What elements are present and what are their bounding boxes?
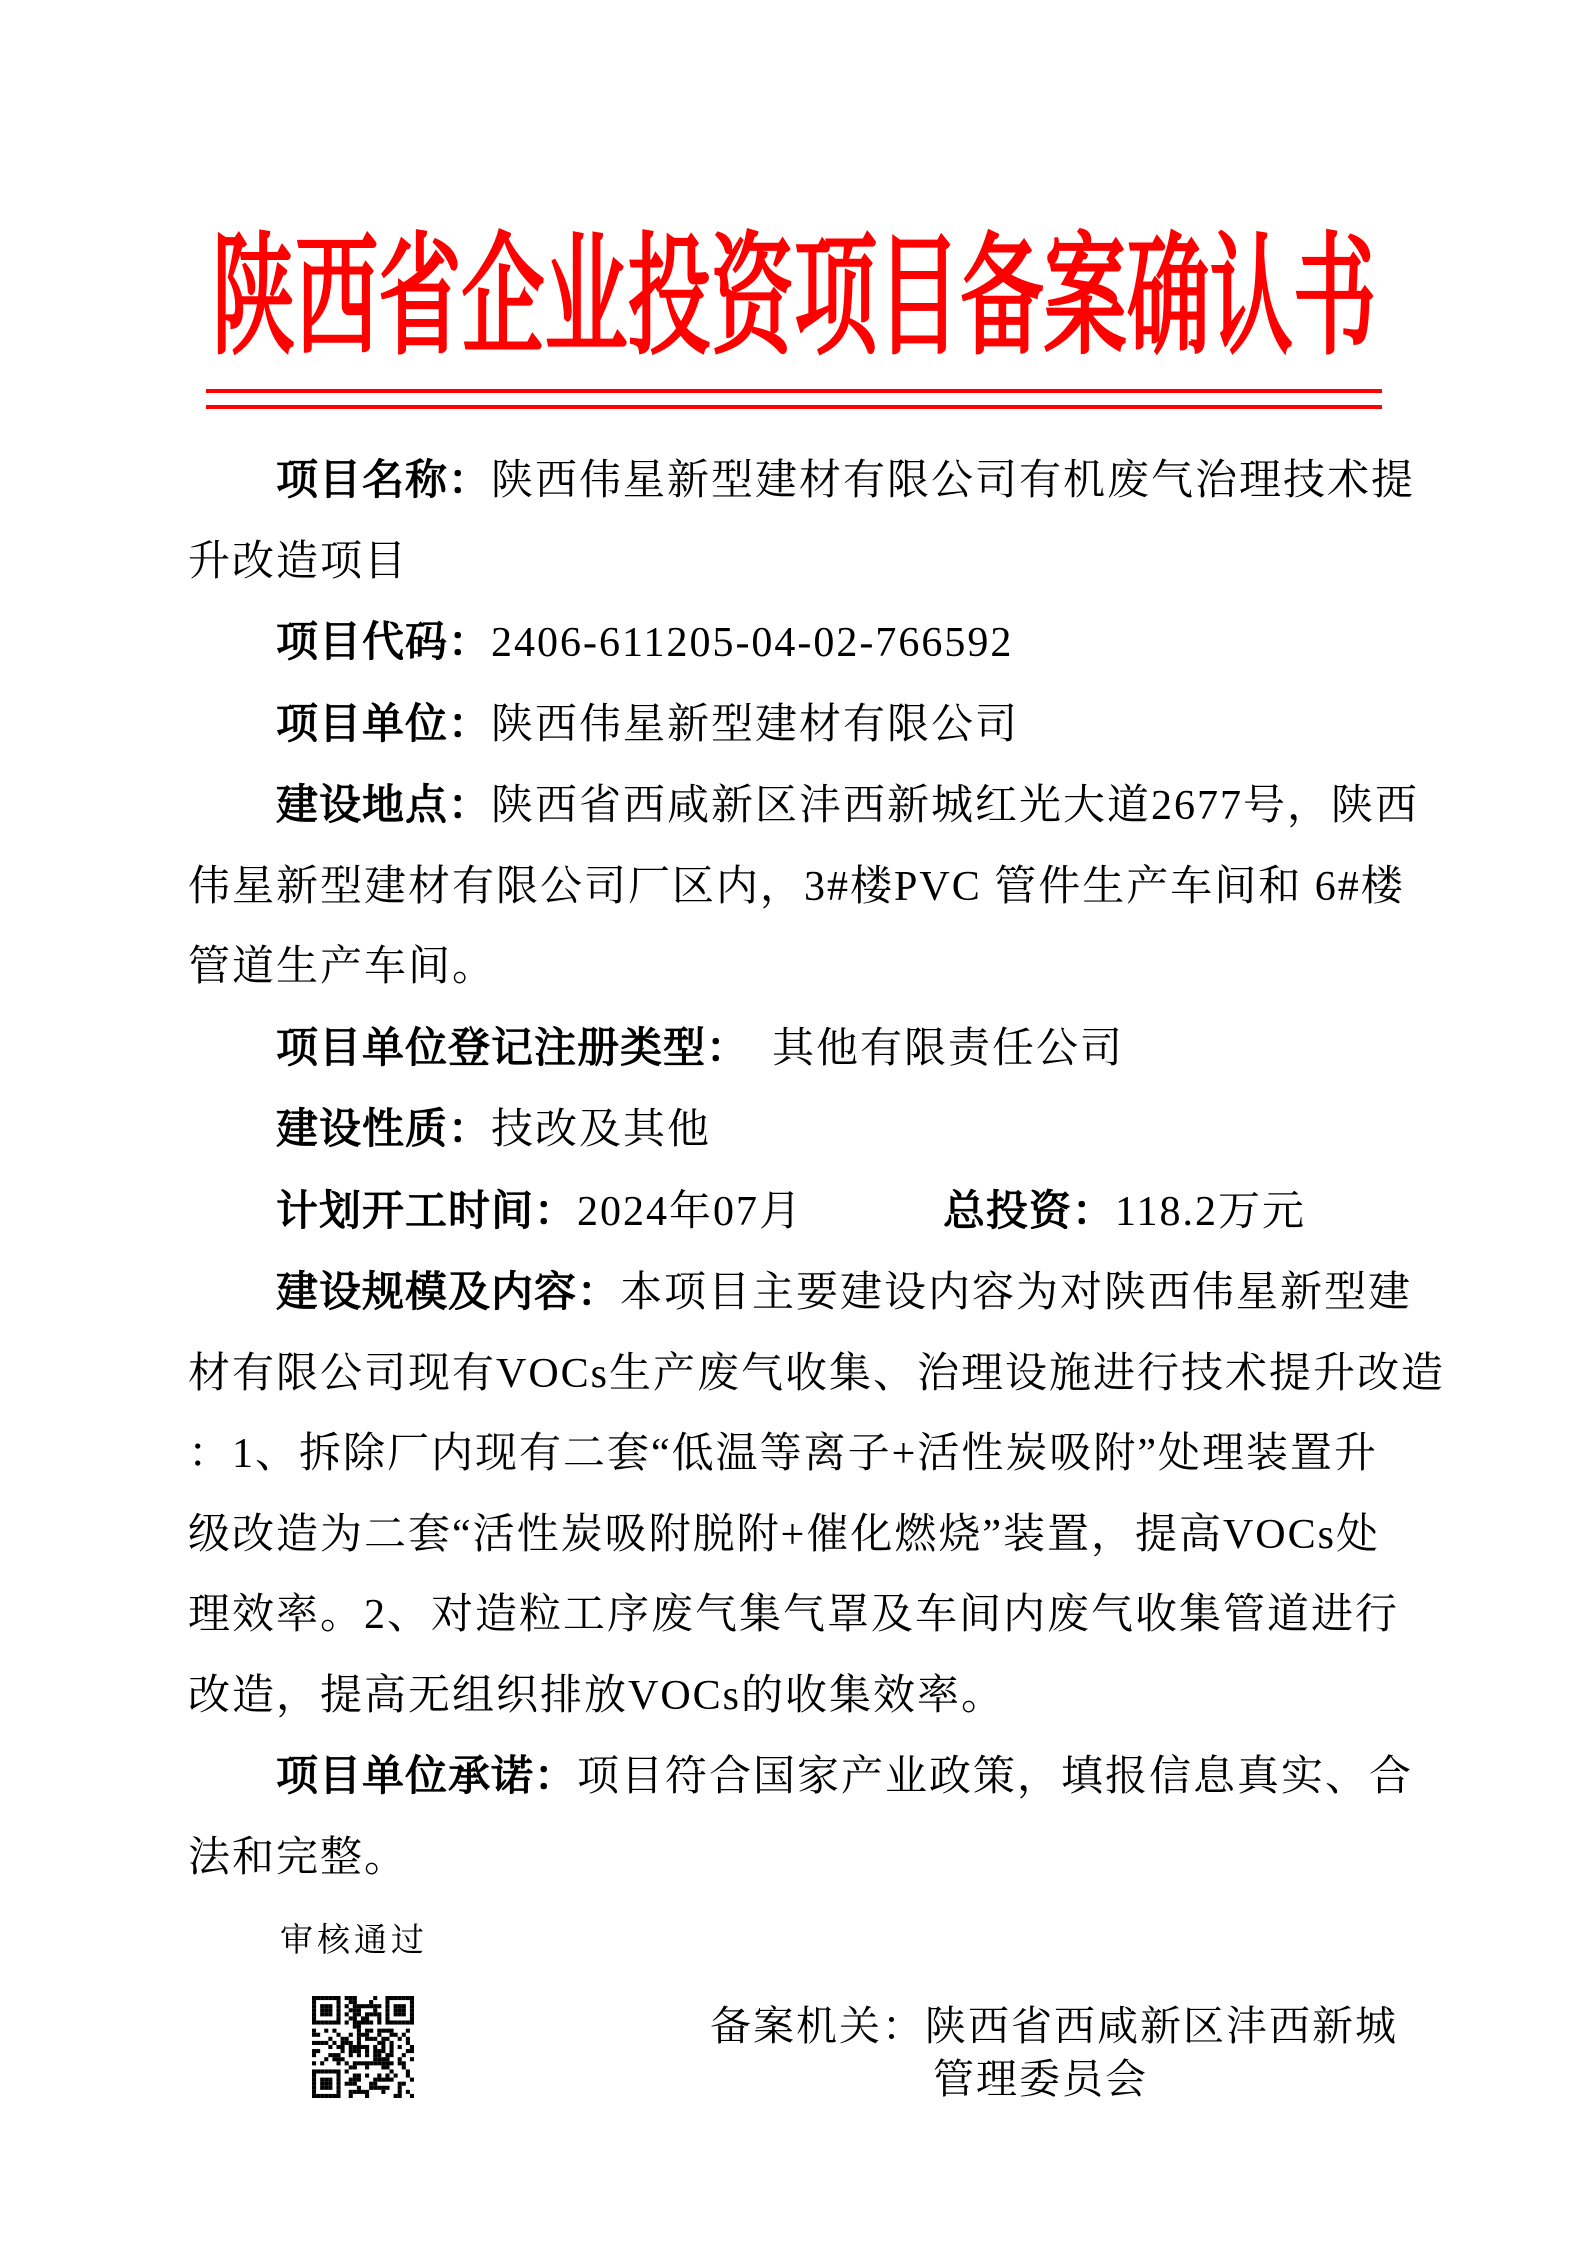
field-project-code: 项目代码：2406-611205-04-02-766592	[188, 602, 1448, 684]
field-value: 2406-611205-04-02-766592	[491, 620, 1013, 666]
field-location-line2: 伟星新型建材有限公司厂区内，3#楼PVC 管件生产车间和 6#楼	[188, 847, 1448, 928]
field-value: 伟星新型建材有限公司厂区内，3#楼PVC 管件生产车间和 6#楼	[188, 864, 1405, 910]
filing-authority-label: 备案机关：	[710, 2003, 925, 2049]
field-value: 管道生产车间。	[188, 944, 496, 990]
document-page: 陕西省企业投资项目备案确认书 项目名称：陕西伟星新型建材有限公司有机废气治理技术…	[0, 0, 1587, 2245]
field-label-project-name: 项目名称：	[276, 456, 491, 503]
field-scale-content-line3: ：1、拆除厂内现有二套“低温等离子+活性炭吸附”处理装置升	[188, 1414, 1448, 1495]
field-construction-nature: 建设性质：技改及其他	[188, 1089, 1448, 1171]
field-value: 2024年07月	[577, 1189, 803, 1235]
field-scale-content-line6: 改造，提高无组织排放VOCs的收集效率。	[188, 1656, 1448, 1737]
document-body: 项目名称：陕西伟星新型建材有限公司有机废气治理技术提 升改造项目 项目代码：24…	[188, 440, 1448, 1898]
field-value: ：1、拆除厂内现有二套“低温等离子+活性炭吸附”处理装置升	[188, 1431, 1378, 1477]
review-status: 审核通过	[280, 1914, 428, 1961]
field-value: 陕西省西咸新区沣西新城红光大道2677号，陕西	[491, 783, 1419, 829]
filing-authority-line2: 管理委员会	[710, 2053, 1398, 2106]
field-commitment-line2: 法和完整。	[188, 1818, 1448, 1899]
field-scale-content-line1: 建设规模及内容：本项目主要建设内容为对陕西伟星新型建	[188, 1252, 1448, 1334]
title-double-rule	[206, 389, 1382, 409]
field-scale-content-line4: 级改造为二套“活性炭吸附脱附+催化燃烧”装置，提高VOCs处	[188, 1495, 1448, 1576]
field-value: 技改及其他	[491, 1107, 711, 1153]
field-label-location: 建设地点：	[276, 781, 491, 828]
field-value: 本项目主要建设内容为对陕西伟星新型建	[620, 1270, 1412, 1316]
field-project-unit: 项目单位：陕西伟星新型建材有限公司	[188, 684, 1448, 766]
filing-authority-value: 陕西省西咸新区沣西新城	[925, 2003, 1398, 2049]
field-registration-type: 项目单位登记注册类型： 其他有限责任公司	[188, 1008, 1448, 1090]
field-value: 级改造为二套“活性炭吸附脱附+催化燃烧”装置，提高VOCs处	[188, 1512, 1380, 1558]
field-value: 升改造项目	[188, 539, 408, 585]
field-start-time-and-investment: 计划开工时间：2024年07月总投资：118.2万元	[188, 1171, 1448, 1253]
field-label-commitment: 项目单位承诺：	[276, 1752, 577, 1799]
field-scale-content-line2: 材有限公司现有VOCs生产废气收集、治理设施进行技术提升改造	[188, 1334, 1448, 1415]
field-value: 118.2万元	[1115, 1189, 1306, 1235]
field-location-line1: 建设地点：陕西省西咸新区沣西新城红光大道2677号，陕西	[188, 765, 1448, 847]
field-location-line3: 管道生产车间。	[188, 927, 1448, 1008]
filing-authority: 备案机关：陕西省西咸新区沣西新城 管理委员会	[710, 2000, 1398, 2106]
field-value: 法和完整。	[188, 1835, 408, 1881]
field-value: 改造，提高无组织排放VOCs的收集效率。	[188, 1673, 1005, 1719]
field-label-start-time: 计划开工时间：	[276, 1187, 577, 1234]
field-value: 陕西伟星新型建材有限公司有机废气治理技术提	[491, 458, 1415, 504]
field-label-registration-type: 项目单位登记注册类型：	[276, 1024, 728, 1071]
field-value: 材有限公司现有VOCs生产废气收集、治理设施进行技术提升改造	[188, 1351, 1445, 1397]
field-label-project-code: 项目代码：	[276, 618, 491, 665]
field-scale-content-line5: 理效率。2、对造粒工序废气集气罩及车间内废气收集管道进行	[188, 1575, 1448, 1656]
field-value: 项目符合国家产业政策，填报信息真实、合	[577, 1754, 1413, 1800]
field-project-name-line1: 项目名称：陕西伟星新型建材有限公司有机废气治理技术提	[188, 440, 1448, 522]
qr-code	[312, 1996, 414, 2098]
document-title: 陕西省企业投资项目备案确认书	[211, 232, 1375, 364]
field-commitment-line1: 项目单位承诺：项目符合国家产业政策，填报信息真实、合	[188, 1736, 1448, 1818]
field-label-scale-content: 建设规模及内容：	[276, 1268, 620, 1315]
field-value: 陕西伟星新型建材有限公司	[491, 702, 1019, 748]
field-label-project-unit: 项目单位：	[276, 700, 491, 747]
field-value: 理效率。2、对造粒工序废气集气罩及车间内废气收集管道进行	[188, 1592, 1399, 1638]
field-value: 其他有限责任公司	[728, 1026, 1124, 1072]
field-project-name-line2: 升改造项目	[188, 522, 1448, 603]
field-label-construction-nature: 建设性质：	[276, 1105, 491, 1152]
filing-authority-line1: 备案机关：陕西省西咸新区沣西新城	[710, 2000, 1398, 2053]
field-label-total-investment: 总投资：	[943, 1187, 1115, 1234]
